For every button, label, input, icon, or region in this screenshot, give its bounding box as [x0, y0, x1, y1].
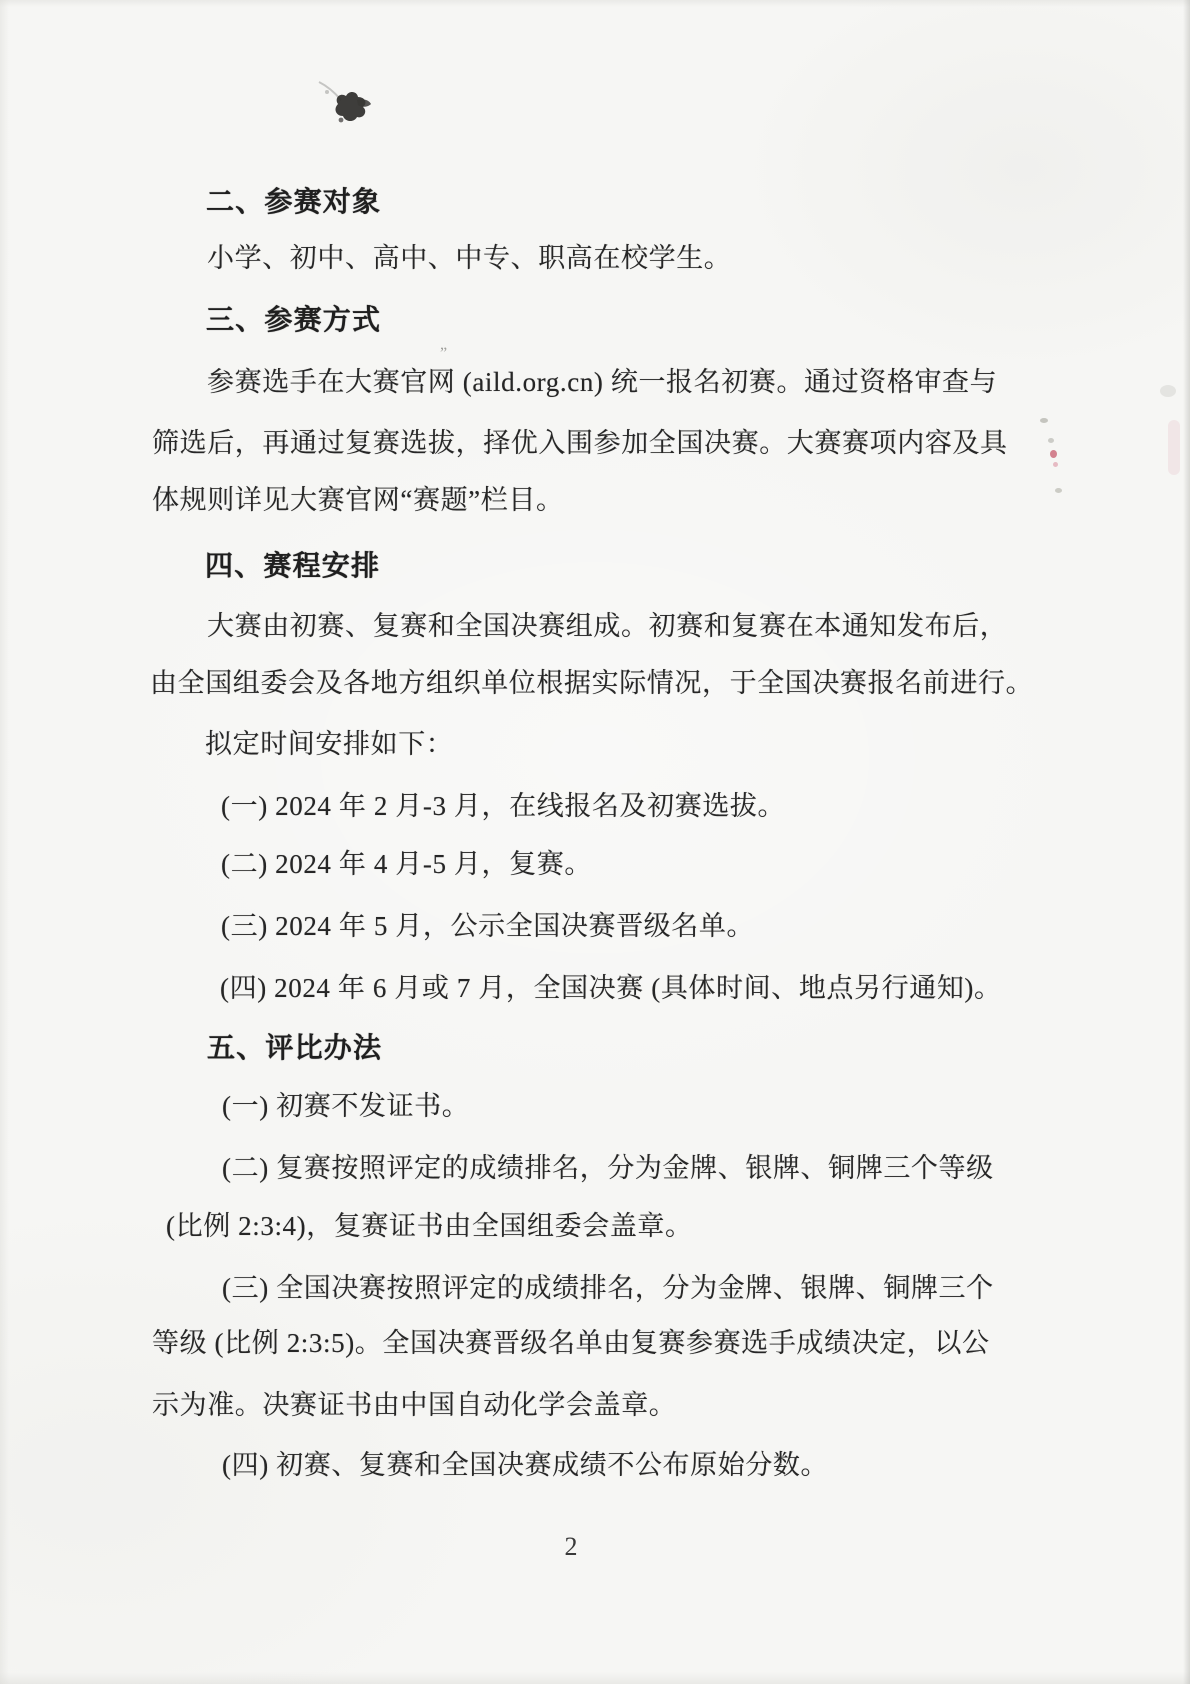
text-line: 等级 (比例 2:3:5)。全国决赛晋级名单由复赛参赛选手成绩决定，以公 — [152, 1328, 990, 1358]
list-item: (一) 2024 年 2 月-3 月，在线报名及初赛选拔。 — [221, 791, 785, 821]
scan-speck — [1053, 462, 1058, 467]
scanned-document-page: ” 二、参赛对象 小学、初中、高中、中专、职高在校学生。 三、参赛方式 参赛选手… — [0, 0, 1190, 1684]
section-heading-2: 二、参赛对象 — [206, 187, 381, 217]
list-item: (三) 全国决赛按照评定的成绩排名，分为金牌、银牌、铜牌三个 — [222, 1273, 994, 1303]
list-item: (四) 初赛、复赛和全国决赛成绩不公布原始分数。 — [222, 1450, 828, 1480]
scan-speck — [1050, 450, 1057, 458]
section-heading-5: 五、评比办法 — [207, 1033, 382, 1063]
scan-smudge — [1168, 420, 1180, 475]
text-line: 参赛选手在大赛官网 (aild.org.cn) 统一报名初赛。通过资格审查与 — [207, 367, 997, 397]
text-line: 由全国组委会及各地方组织单位根据实际情况，于全国决赛报名前进行。 — [150, 668, 1033, 698]
list-item: (一) 初赛不发证书。 — [222, 1091, 469, 1121]
scan-speck — [1055, 488, 1062, 493]
text-line: 体规则详见大赛官网“赛题”栏目。 — [152, 485, 564, 515]
section-heading-4: 四、赛程安排 — [205, 551, 380, 581]
list-item: (二) 复赛按照评定的成绩排名，分为金牌、银牌、铜牌三个等级 — [222, 1153, 994, 1183]
text-line: (比例 2:3:4)，复赛证书由全国组委会盖章。 — [166, 1211, 693, 1241]
scan-speck — [1048, 438, 1054, 443]
text-line: 大赛由初赛、复赛和全国决赛组成。初赛和复赛在本通知发布后， — [207, 611, 1007, 641]
list-item: (二) 2024 年 4 月-5 月，复赛。 — [221, 849, 592, 879]
ink-smudge-artifact — [305, 70, 385, 140]
scan-smudge — [1160, 385, 1176, 397]
page-number: 2 — [556, 1532, 586, 1562]
scan-speck — [1040, 418, 1048, 423]
list-item: (三) 2024 年 5 月，公示全国决赛晋级名单。 — [221, 911, 754, 941]
scan-speck-quote: ” — [440, 349, 452, 359]
text-line: 筛选后，再通过复赛选拔，择优入围参加全国决赛。大赛赛项内容及具 — [152, 428, 1008, 458]
section-heading-3: 三、参赛方式 — [206, 305, 381, 335]
list-item: (四) 2024 年 6 月或 7 月，全国决赛 (具体时间、地点另行通知)。 — [220, 973, 1002, 1003]
text-line: 示为准。决赛证书由中国自动化学会盖章。 — [152, 1390, 676, 1420]
text-line: 拟定时间安排如下： — [205, 729, 453, 759]
text-line: 小学、初中、高中、中专、职高在校学生。 — [207, 243, 731, 273]
